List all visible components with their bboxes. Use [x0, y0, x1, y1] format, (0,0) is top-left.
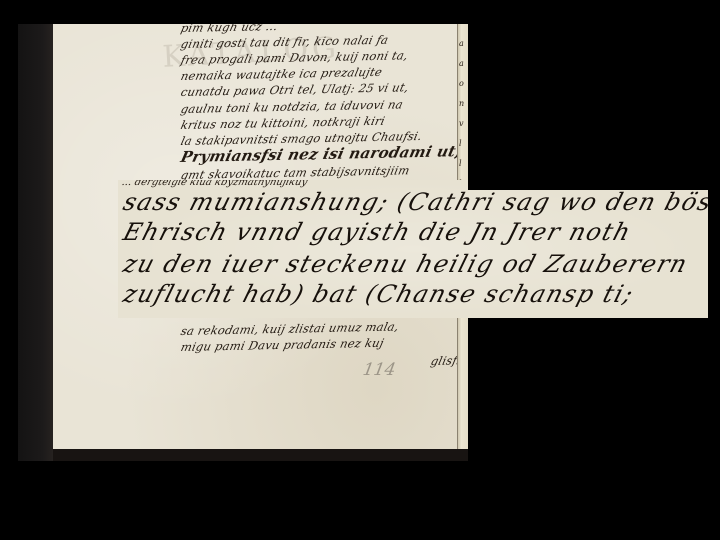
margin-letter: l — [459, 154, 468, 174]
margin-letter: v — [459, 114, 468, 134]
excerpt-line: Ehrisch vnnd gayisth die Jn Jrer noth — [120, 218, 635, 246]
excerpt-line: zu den iuer steckenu heilig od Zauberern — [120, 250, 691, 278]
page-bottom-shadow — [53, 449, 468, 461]
excerpt-fragment-text: ... dergtelgie kiua kbyzmatnynujikuy — [121, 180, 309, 188]
margin-letter: l — [459, 134, 468, 154]
facing-page-letters: a a o n v l l l — [459, 34, 468, 194]
margin-letter: n — [459, 94, 468, 114]
magnified-excerpt: ... dergtelgie kiua kbyzmatnynujikuy sas… — [118, 180, 708, 318]
book-binding-edge — [18, 24, 53, 461]
manuscript-line: giniti gosti tau dit fir, kico nalai fa — [179, 33, 389, 51]
manuscript-viewer: KATALOG pim kugh ucz ... giniti gosti ta… — [0, 0, 720, 540]
pencil-folio-number: 114 — [361, 360, 397, 380]
margin-letter: a — [459, 34, 468, 54]
manuscript-line: nemaika wautajtke ica prezalujte — [179, 65, 383, 83]
excerpt-line: zuflucht hab) bat (Chanse schansp ti; — [120, 280, 638, 308]
manuscript-line: kritus noz tu kittoini, notkraji kiri — [179, 114, 386, 132]
manuscript-line: pim kugh ucz ... — [179, 24, 279, 35]
margin-letter: a — [459, 54, 468, 74]
margin-letter: o — [459, 74, 468, 94]
excerpt-line: sass mumianshung; (Cathri sag wo den bös… — [120, 188, 708, 216]
manuscript-line: migu pami Davu pradanis nez kuj — [179, 336, 385, 354]
